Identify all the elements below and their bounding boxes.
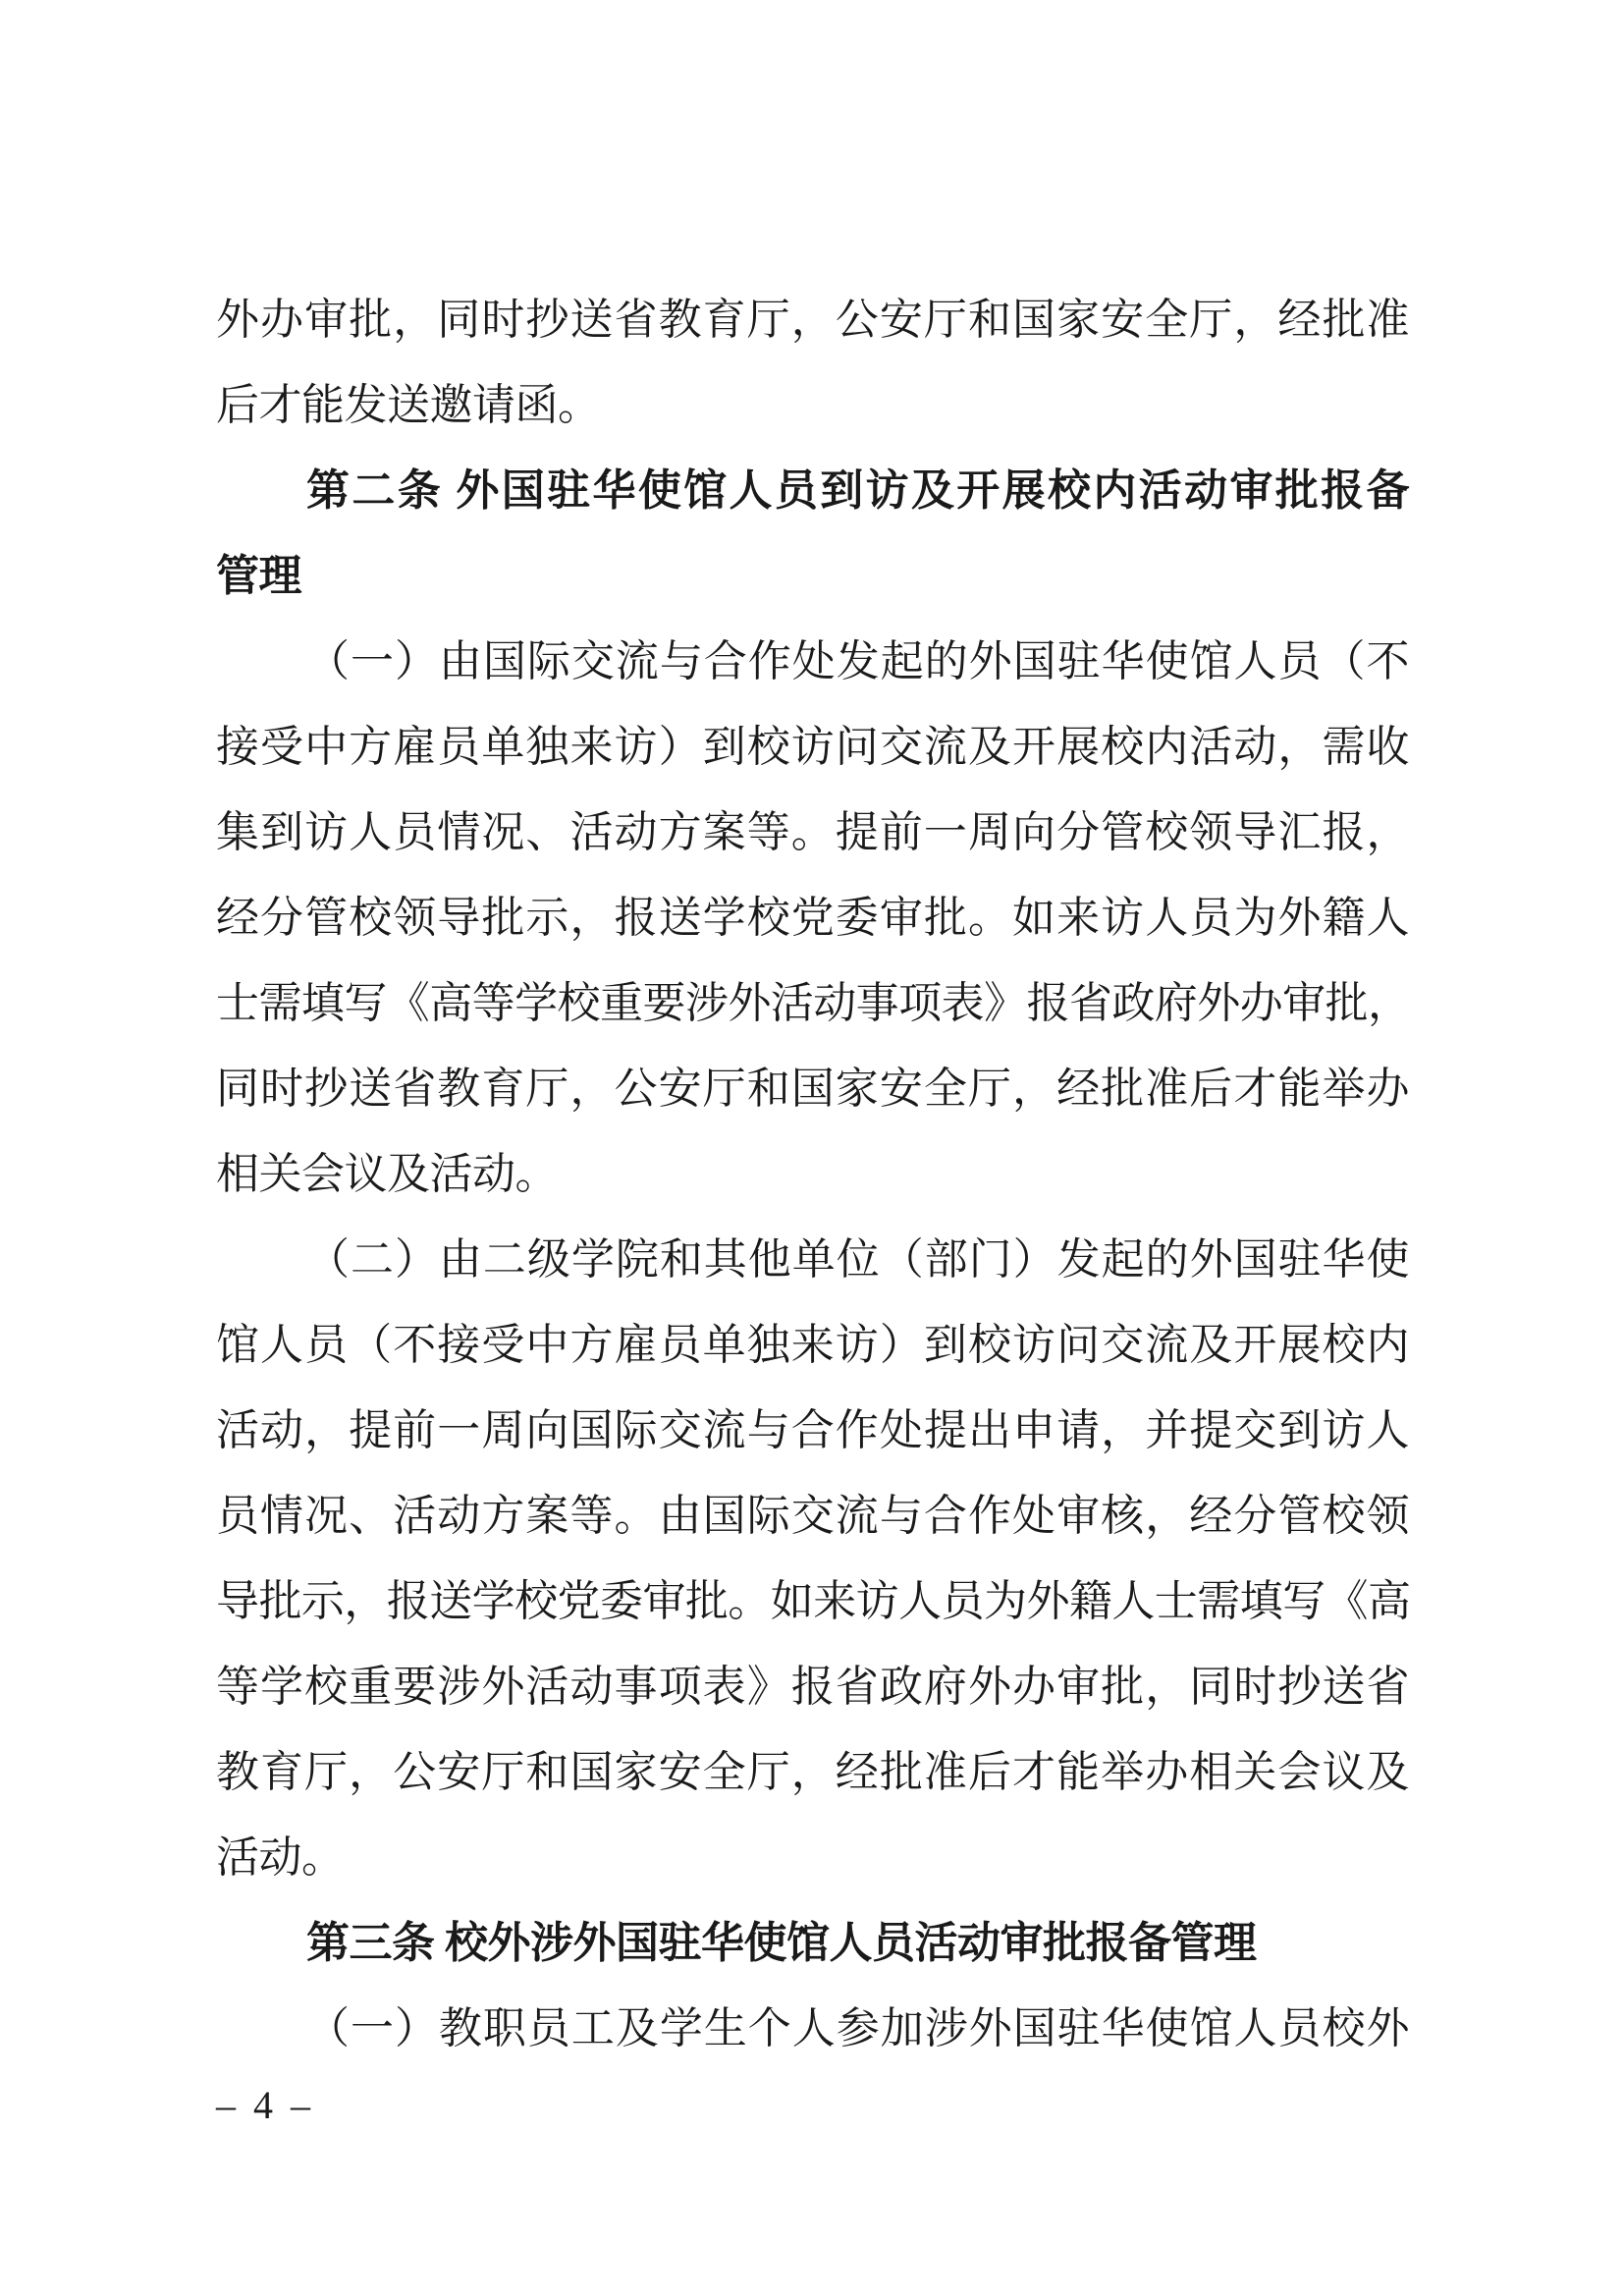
page-number: – 4 – [216, 2084, 314, 2127]
body-text-line: （二）由二级学院和其他单位（部门）发起的外国驻华使 [216, 1217, 1409, 1302]
body-text-line: 活动，提前一周向国际交流与合作处提出申请，并提交到访人 [216, 1388, 1409, 1473]
article-3-heading: 第三条 校外涉外国驻华使馆人员活动审批报备管理 [216, 1900, 1409, 1986]
body-text-line: 士需填写《高等学校重要涉外活动事项表》报省政府外办审批， [216, 960, 1409, 1046]
body-text-line: 接受中方雇员单独来访）到校访问交流及开展校内活动，需收 [216, 704, 1409, 790]
body-text-line: （一）教职员工及学生个人参加涉外国驻华使馆人员校外 [216, 1986, 1409, 2071]
body-text-line: 经分管校领导批示，报送学校党委审批。如来访人员为外籍人 [216, 875, 1409, 960]
body-text-line: （一）由国际交流与合作处发起的外国驻华使馆人员（不 [216, 619, 1409, 704]
article-2-heading: 第二条 外国驻华使馆人员到访及开展校内活动审批报备 [216, 448, 1409, 533]
body-text-line: 员情况、活动方案等。由国际交流与合作处审核，经分管校领 [216, 1473, 1409, 1558]
body-text-line: 相关会议及活动。 [216, 1131, 1409, 1217]
body-text-line: 等学校重要涉外活动事项表》报省政府外办审批，同时抄送省 [216, 1644, 1409, 1729]
article-2-heading-cont: 管理 [216, 533, 1409, 619]
body-text-line: 教育厅，公安厅和国家安全厅，经批准后才能举办相关会议及 [216, 1729, 1409, 1815]
body-text-line: 馆人员（不接受中方雇员单独来访）到校访问交流及开展校内 [216, 1302, 1409, 1388]
body-text-line: 集到访人员情况、活动方案等。提前一周向分管校领导汇报， [216, 790, 1409, 875]
body-text-line: 同时抄送省教育厅，公安厅和国家安全厅，经批准后才能举办 [216, 1046, 1409, 1131]
document-page: 外办审批，同时抄送省教育厅，公安厅和国家安全厅，经批准 后才能发送邀请函。 第二… [0, 0, 1623, 2296]
document-body: 外办审批，同时抄送省教育厅，公安厅和国家安全厅，经批准 后才能发送邀请函。 第二… [216, 277, 1409, 2071]
body-text-line: 后才能发送邀请函。 [216, 362, 1409, 448]
body-text-line: 导批示，报送学校党委审批。如来访人员为外籍人士需填写《高 [216, 1558, 1409, 1644]
body-text-line: 外办审批，同时抄送省教育厅，公安厅和国家安全厅，经批准 [216, 277, 1409, 362]
body-text-line: 活动。 [216, 1815, 1409, 1900]
